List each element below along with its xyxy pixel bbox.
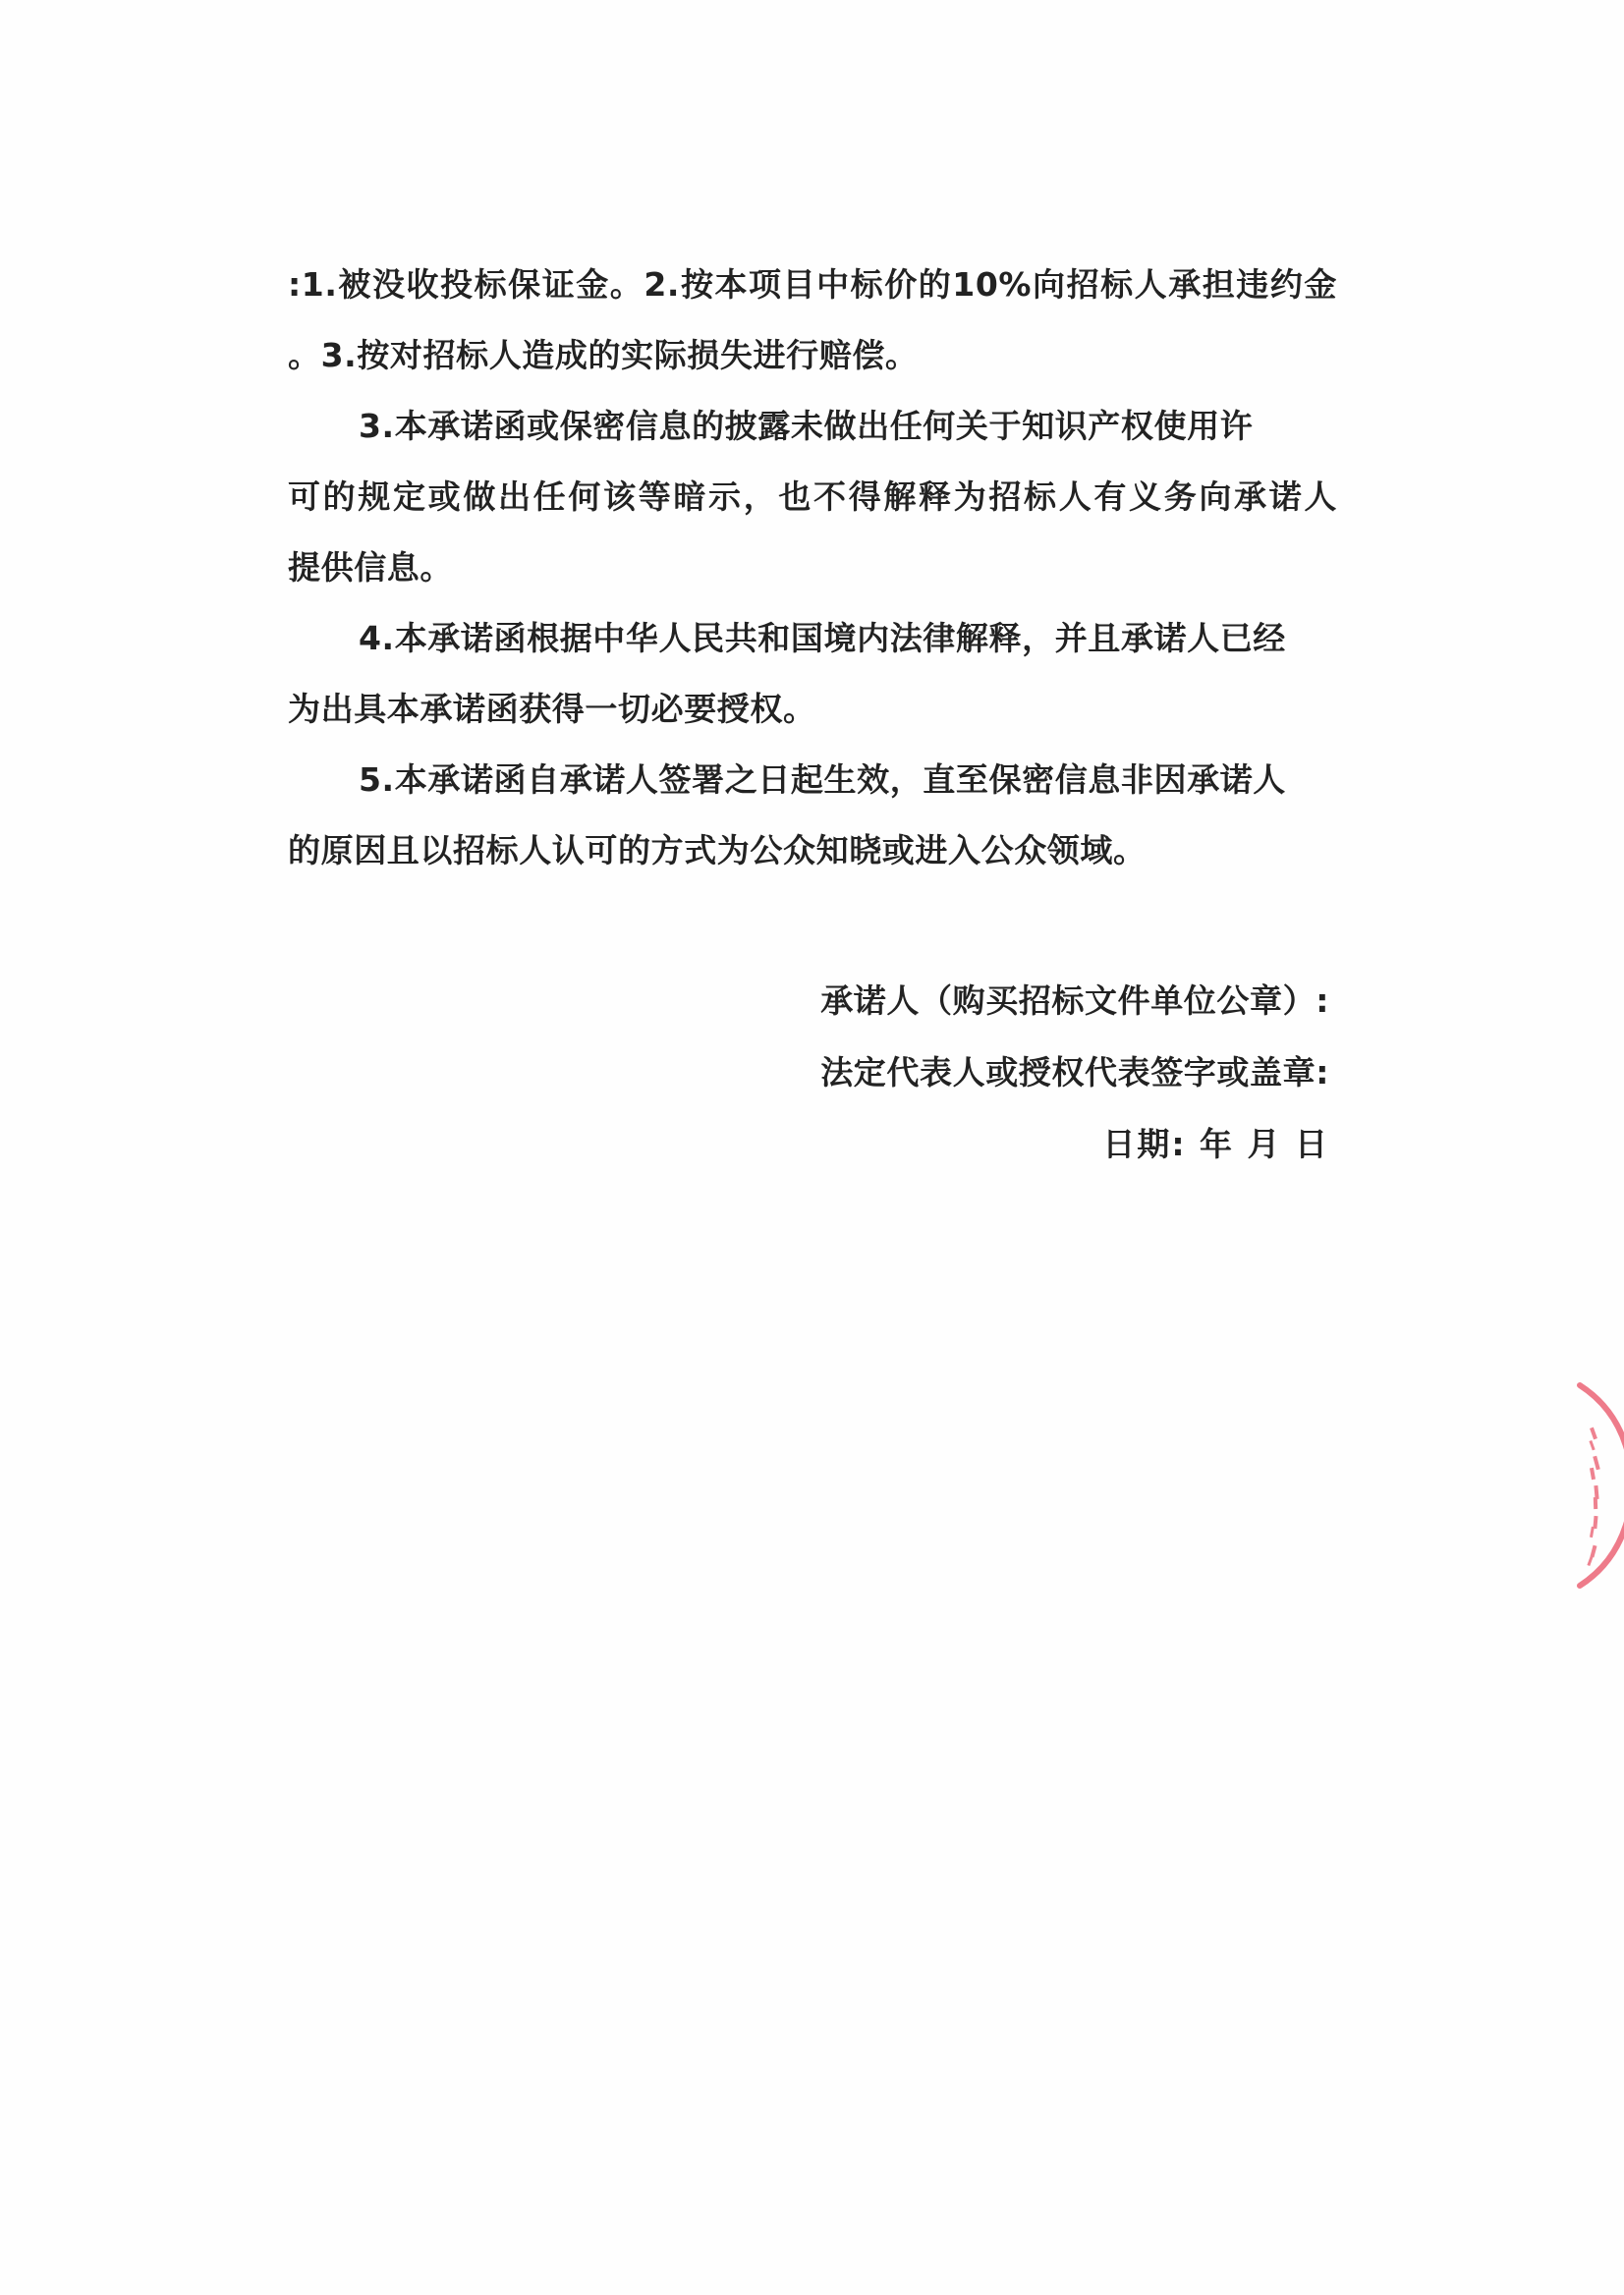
clause-4-line-2: 为出具本承诺函获得一切必要授权。 [288,692,1337,727]
document-body: :1.被没收投标保证金。2.按本项目中标价的10%向招标人承担违约金 。3.按对… [288,267,1337,904]
representative-signature-label: 法定代表人或授权代表签字或盖章: [740,1055,1329,1091]
clause-3-line-1: 3.本承诺函或保密信息的披露未做出任何关于知识产权使用许 [288,409,1337,444]
clause-3-line-3: 提供信息。 [288,550,1337,586]
signature-block: 承诺人（购买招标文件单位公章）: 法定代表人或授权代表签字或盖章: 日期: 年 … [740,983,1329,1199]
partial-seal-stamp-icon [1570,1377,1624,1594]
clause-3-line-2: 可的规定或做出任何该等暗示，也不得解释为招标人有义务向承诺人 [288,479,1337,515]
paragraph-penalties-line-2: 。3.按对招标人造成的实际损失进行赔偿。 [288,338,1337,373]
paragraph-penalties-line-1: :1.被没收投标保证金。2.按本项目中标价的10%向招标人承担违约金 [288,267,1337,303]
document-page: :1.被没收投标保证金。2.按本项目中标价的10%向招标人承担违约金 。3.按对… [0,0,1624,2295]
clause-4-line-1: 4.本承诺函根据中华人民共和国境内法律解释，并且承诺人已经 [288,621,1337,656]
promisor-seal-label: 承诺人（购买招标文件单位公章）: [740,983,1329,1019]
clause-5-line-1: 5.本承诺函自承诺人签署之日起生效，直至保密信息非因承诺人 [288,762,1337,798]
clause-5-line-2: 的原因且以招标人认可的方式为公众知晓或进入公众领域。 [288,833,1337,868]
date-label: 日期: 年 月 日 [740,1127,1329,1162]
